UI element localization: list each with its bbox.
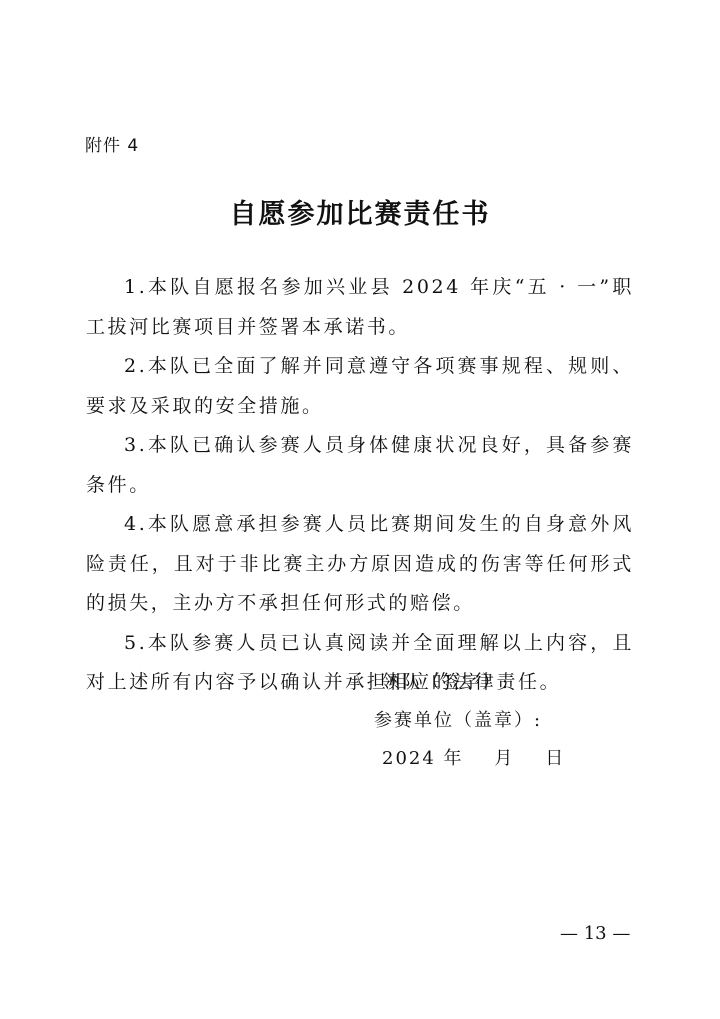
paragraph-4: 4.本队愿意承担参赛人员比赛期间发生的自身意外风险责任，且对于非比赛主办方原因造…	[86, 505, 634, 624]
leader-signature-line: 领队（签字）:	[382, 668, 510, 694]
unit-seal-line: 参赛单位（盖章）:	[374, 706, 542, 732]
paragraph-1: 1.本队自愿报名参加兴业县 2024 年庆“五 · 一”职工拔河比赛项目并签署本…	[86, 268, 634, 347]
document-body: 1.本队自愿报名参加兴业县 2024 年庆“五 · 一”职工拔河比赛项目并签署本…	[86, 268, 634, 703]
paragraph-5: 5.本队参赛人员已认真阅读并全面理解以上内容，且对上述所有内容予以确认并承担相应…	[86, 624, 634, 703]
page-number: — 13 —	[560, 923, 630, 944]
paragraph-2: 2.本队已全面了解并同意遵守各项赛事规程、规则、要求及采取的安全措施。	[86, 347, 634, 426]
paragraph-3: 3.本队已确认参赛人员身体健康状况良好，具备参赛条件。	[86, 426, 634, 505]
document-title: 自愿参加比赛责任书	[0, 192, 720, 231]
date-line: 2024 年 月 日	[382, 744, 565, 770]
attachment-label: 附件 4	[85, 131, 139, 156]
